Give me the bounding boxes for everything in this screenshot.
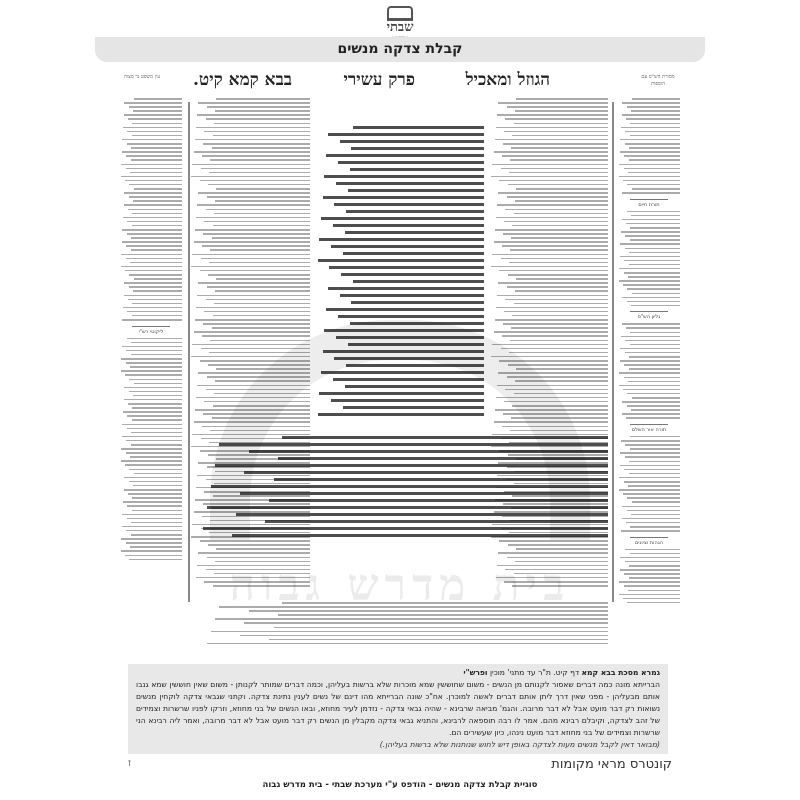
tractate-folio: בבא קמא קיט. xyxy=(193,70,292,90)
page-number: ז xyxy=(128,758,131,769)
right-margin-column: תורת חייםגליון הש"סתורה אור השלםהגהות וצ… xyxy=(618,98,680,618)
shabsai-logo: שבתי - נפש ר - xyxy=(370,6,430,34)
column-divider xyxy=(188,102,190,602)
chapter-name: הגוזל ומאכיל xyxy=(466,70,550,90)
publisher-line: סוגיית קבלת צדקה מנשים - הודפס ע"י מערכת… xyxy=(0,780,800,790)
summary-body: הברייתא מונה כמה דברים שאסור לקנותם מן ה… xyxy=(136,679,660,739)
side-section-heading: תורת חיים xyxy=(618,199,680,208)
side-section-heading: הגהות וציונים xyxy=(618,537,680,546)
corner-label-ein-mishpat: עין משפט נר מצוה xyxy=(122,74,162,81)
side-section-heading: ליקוטי רש"י xyxy=(120,326,182,335)
source-tractate: גמרא מסכת בבא קמא xyxy=(582,668,660,677)
left-margin-column: ליקוטי רש"י xyxy=(120,98,182,618)
talmud-header: מסורת הש"ס עם הוספות הגוזל ומאכיל פרק עש… xyxy=(120,70,680,96)
page-title: קבלת צדקה מנשים xyxy=(338,41,463,57)
chapter-number: פרק עשירי xyxy=(343,70,415,90)
crown-icon xyxy=(387,6,413,21)
corner-label-masores: מסורת הש"ס עם הוספות xyxy=(638,74,678,88)
side-section-heading: תורה אור השלם xyxy=(618,424,680,433)
source-rashi: ופרש"י xyxy=(463,668,487,677)
column-divider xyxy=(612,102,614,602)
source-reference: גמרא מסכת בבא קמא דף קיט. ת"ר עד מתני' מ… xyxy=(136,667,660,679)
summary-note: (מבואר דאין לקבל מנשים מעות לצדקה באופן … xyxy=(136,739,660,751)
section-title: קונטרס מראי מקומות xyxy=(551,757,672,772)
page-title-bar: קבלת צדקה מנשים xyxy=(95,37,705,62)
watermark-text: בית מדרש גבוה xyxy=(160,560,640,611)
logo-name: שבתי xyxy=(370,21,430,34)
source-range: דף קיט. ת"ר עד מתני' מוכין xyxy=(488,668,582,677)
summary-box: גמרא מסכת בבא קמא דף קיט. ת"ר עד מתני' מ… xyxy=(128,664,668,754)
side-section-heading: גליון הש"ס xyxy=(618,311,680,320)
